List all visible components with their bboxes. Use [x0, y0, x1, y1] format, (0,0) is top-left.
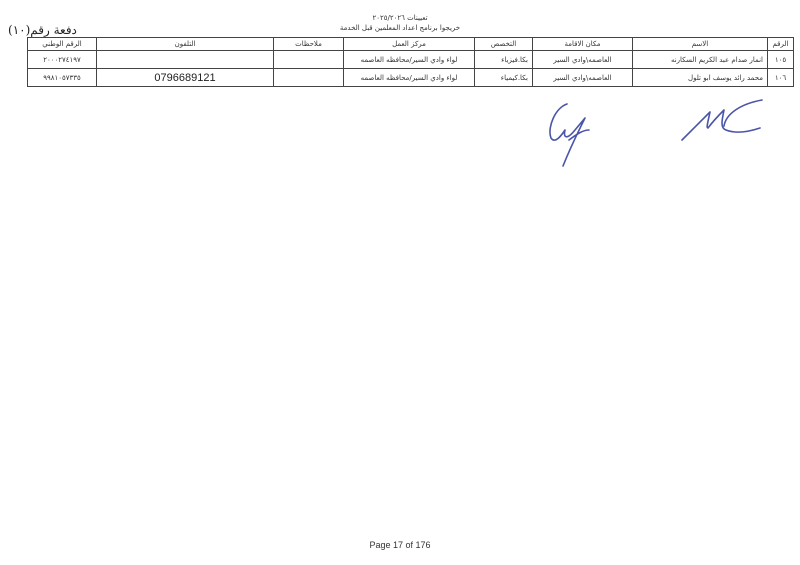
signature-2 — [680, 98, 765, 143]
col-phone: التلفون — [97, 38, 274, 51]
cell-name: محمد رائد يوسف ابو تلول — [633, 69, 768, 87]
cell-notes — [274, 69, 344, 87]
col-notes: ملاحظات — [274, 38, 344, 51]
appointments-table: الرقم الاسم مكان الاقامة التخصص مركز الع… — [27, 37, 794, 87]
page-number: Page 17 of 176 — [0, 540, 800, 550]
cell-residence: العاصمه\وادي السير — [533, 51, 633, 69]
cell-specialization: بكا.فيزياء — [475, 51, 533, 69]
cell-name: انمار صدام عبد الكريم السكارنه — [633, 51, 768, 69]
table-row: ١٠٦ محمد رائد يوسف ابو تلول العاصمه\وادي… — [28, 69, 794, 87]
cell-notes — [274, 51, 344, 69]
col-specialization: التخصص — [475, 38, 533, 51]
col-work-center: مركز العمل — [344, 38, 475, 51]
col-residence: مكان الاقامة — [533, 38, 633, 51]
col-number: الرقم — [768, 38, 794, 51]
cell-national-id: ٢٠٠٠٢٧٤١٩٧ — [28, 51, 97, 69]
signature-1 — [545, 100, 605, 170]
cell-residence: العاصمه\وادي السير — [533, 69, 633, 87]
table-row: ١٠٥ انمار صدام عبد الكريم السكارنه العاص… — [28, 51, 794, 69]
col-national-id: الرقم الوطني — [28, 38, 97, 51]
cell-phone — [97, 51, 274, 69]
document-title: تعيينات ٢٠٢٥/٢٠٢٦ — [0, 14, 800, 22]
cell-number: ١٠٥ — [768, 51, 794, 69]
document-subtitle: خريجوا برنامج اعداد المعلمين قبل الخدمة — [0, 24, 800, 32]
cell-phone: 0796689121 — [97, 69, 274, 87]
cell-national-id: ٩٩٨١٠٥٧٣٣٥ — [28, 69, 97, 87]
table-header-row: الرقم الاسم مكان الاقامة التخصص مركز الع… — [28, 38, 794, 51]
cell-work-center: لواء وادي السير/محافظه العاصمه — [344, 51, 475, 69]
batch-number: دفعة رقم(١٠) — [8, 23, 77, 37]
cell-specialization: بكا.كيمياء — [475, 69, 533, 87]
col-name: الاسم — [633, 38, 768, 51]
cell-work-center: لواء وادي السير/محافظه العاصمه — [344, 69, 475, 87]
cell-number: ١٠٦ — [768, 69, 794, 87]
